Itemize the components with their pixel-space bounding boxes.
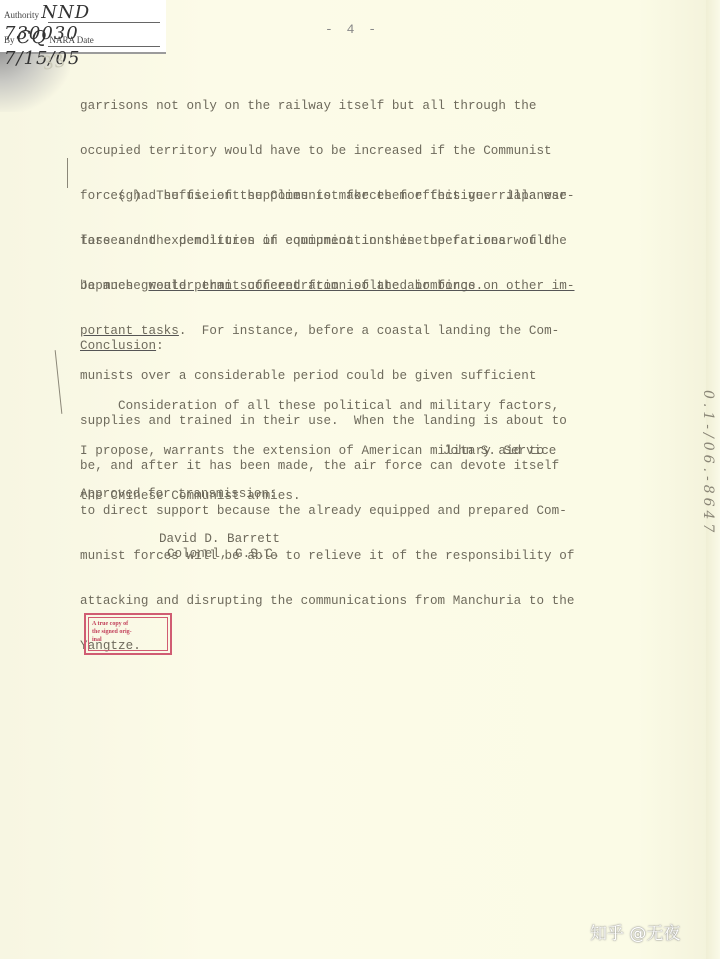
nara-rule xyxy=(48,46,160,47)
faint-page-mark: 33 xyxy=(40,50,66,75)
by-initials: CQ xyxy=(17,27,48,48)
watermark: 知乎 @无夜 xyxy=(590,919,680,944)
text-line: fare and the demolition of communication… xyxy=(80,234,660,249)
text-segment: Japanese xyxy=(80,279,148,293)
approver-rank: Colonel, G.S.C. xyxy=(167,547,280,561)
true-copy-stamp-text: A true copy of the signed orig- inal xyxy=(88,617,168,651)
text-line: portant tasks. For instance, before a co… xyxy=(80,324,660,339)
nara-date-label: NARA Date xyxy=(50,35,94,45)
by-label: By xyxy=(4,35,15,45)
nara-line: By CQ NARA Date 7/15/05 xyxy=(4,27,166,69)
conclusion-colon: : xyxy=(156,339,164,353)
text-line: Consideration of all these political and… xyxy=(80,399,660,414)
conclusion-heading-text: Conclusion xyxy=(80,339,156,353)
authority-rule xyxy=(48,22,160,23)
page-number: - 4 - xyxy=(325,22,379,37)
conclusion-heading: Conclusion: xyxy=(80,339,660,354)
declassification-stamp: Authority NND 730030 By CQ NARA Date 7/1… xyxy=(0,0,166,54)
text-line: garrisons not only on the railway itself… xyxy=(80,99,660,114)
authority-label: Authority xyxy=(4,10,39,20)
margin-handwriting: 0.1-/06.-8647 xyxy=(700,390,716,536)
underlined-text: portant tasks xyxy=(80,324,179,338)
text-line: (g) The use of the Communist forces for … xyxy=(80,189,660,204)
approval-label: Approved for transmission: xyxy=(80,487,277,501)
approver-name: David D. Barrett xyxy=(159,532,280,546)
text-segment: . For instance, before a coastal landing… xyxy=(179,324,559,338)
underlined-text: would permit concentration of the air fo… xyxy=(148,279,574,293)
text-line: I propose, warrants the extension of Ame… xyxy=(80,444,660,459)
text-line: Japanese would permit concentration of t… xyxy=(80,279,660,294)
true-copy-stamp: A true copy of the signed orig- inal xyxy=(84,613,172,655)
text-line: occupied territory would have to be incr… xyxy=(80,144,660,159)
margin-mark xyxy=(67,158,68,188)
signature-name: John S. Service xyxy=(443,444,556,458)
text-line: attacking and disrupting the communicati… xyxy=(80,594,660,609)
